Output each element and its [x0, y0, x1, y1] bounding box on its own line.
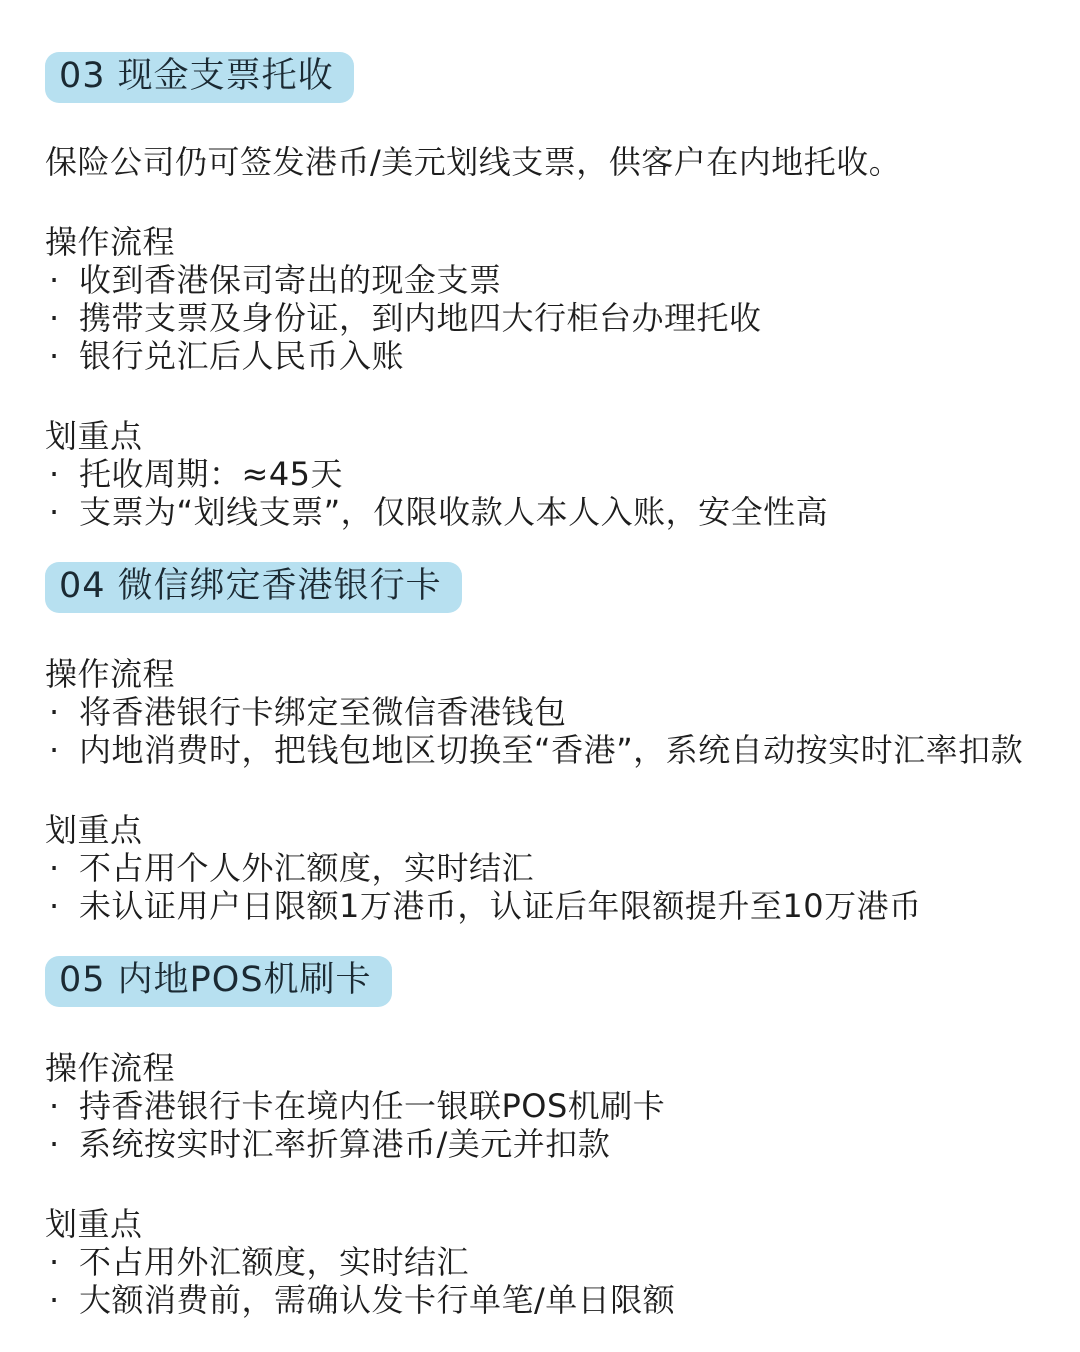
bullet-dot: ·	[45, 887, 79, 925]
keypoints-label: 划重点	[45, 1205, 1040, 1243]
bullet-item: · 将香港银行卡绑定至微信香港钱包	[45, 693, 1040, 731]
bullet-text: 银行兑汇后人民币入账	[79, 337, 1040, 375]
section-04-title-badge: 04 微信绑定香港银行卡	[45, 562, 462, 613]
bullet-dot: ·	[45, 261, 79, 299]
bullet-text: 持香港银行卡在境内任一银联POS机刷卡	[79, 1087, 1040, 1125]
bullet-item: · 大额消费前，需确认发卡行单笔/单日限额	[45, 1281, 1040, 1319]
bullet-item: · 支票为“划线支票”，仅限收款人本人入账，安全性高	[45, 493, 1040, 531]
section-03-keypoints-block: 划重点 · 托收周期：≈45天 · 支票为“划线支票”，仅限收款人本人入账，安全…	[45, 417, 1040, 531]
section-05-steps-block: 操作流程 · 持香港银行卡在境内任一银联POS机刷卡 · 系统按实时汇率折算港币…	[45, 1049, 1040, 1163]
bullet-text: 支票为“划线支票”，仅限收款人本人入账，安全性高	[79, 493, 1040, 531]
bullet-dot: ·	[45, 1125, 79, 1163]
section-cash-cheque: 03 现金支票托收 保险公司仍可签发港币/美元划线支票，供客户在内地托收。 操作…	[45, 52, 1040, 531]
bullet-dot: ·	[45, 1281, 79, 1319]
bullet-text: 托收周期：≈45天	[79, 455, 1040, 493]
bullet-item: · 收到香港保司寄出的现金支票	[45, 261, 1040, 299]
bullet-item: · 内地消费时，把钱包地区切换至“香港”，系统自动按实时汇率扣款	[45, 731, 1040, 769]
bullet-text: 收到香港保司寄出的现金支票	[79, 261, 1040, 299]
steps-label: 操作流程	[45, 223, 1040, 261]
bullet-text: 不占用个人外汇额度，实时结汇	[79, 849, 1040, 887]
bullet-dot: ·	[45, 299, 79, 337]
keypoints-label: 划重点	[45, 417, 1040, 455]
bullet-text: 内地消费时，把钱包地区切换至“香港”，系统自动按实时汇率扣款	[79, 731, 1040, 769]
article-page: 03 现金支票托收 保险公司仍可签发港币/美元划线支票，供客户在内地托收。 操作…	[0, 0, 1080, 1352]
bullet-dot: ·	[45, 1087, 79, 1125]
bullet-item: · 不占用个人外汇额度，实时结汇	[45, 849, 1040, 887]
bullet-text: 未认证用户日限额1万港币，认证后年限额提升至10万港币	[79, 887, 1040, 925]
bullet-dot: ·	[45, 693, 79, 731]
bullet-text: 系统按实时汇率折算港币/美元并扣款	[79, 1125, 1040, 1163]
section-05-title-badge: 05 内地POS机刷卡	[45, 956, 392, 1007]
bullet-dot: ·	[45, 849, 79, 887]
bullet-text: 不占用外汇额度，实时结汇	[79, 1243, 1040, 1281]
steps-label: 操作流程	[45, 1049, 1040, 1087]
bullet-item: · 系统按实时汇率折算港币/美元并扣款	[45, 1125, 1040, 1163]
bullet-item: · 不占用外汇额度，实时结汇	[45, 1243, 1040, 1281]
bullet-item: · 未认证用户日限额1万港币，认证后年限额提升至10万港币	[45, 887, 1040, 925]
section-04-steps-block: 操作流程 · 将香港银行卡绑定至微信香港钱包 · 内地消费时，把钱包地区切换至“…	[45, 655, 1040, 769]
bullet-dot: ·	[45, 1243, 79, 1281]
bullet-item: · 银行兑汇后人民币入账	[45, 337, 1040, 375]
section-wechat-hk-card: 04 微信绑定香港银行卡 操作流程 · 将香港银行卡绑定至微信香港钱包 · 内地…	[45, 562, 1040, 925]
section-04-keypoints-block: 划重点 · 不占用个人外汇额度，实时结汇 · 未认证用户日限额1万港币，认证后年…	[45, 811, 1040, 925]
bullet-item: · 持香港银行卡在境内任一银联POS机刷卡	[45, 1087, 1040, 1125]
bullet-item: · 携带支票及身份证，到内地四大行柜台办理托收	[45, 299, 1040, 337]
bullet-dot: ·	[45, 455, 79, 493]
bullet-text: 将香港银行卡绑定至微信香港钱包	[79, 693, 1040, 731]
section-03-steps-block: 操作流程 · 收到香港保司寄出的现金支票 · 携带支票及身份证，到内地四大行柜台…	[45, 223, 1040, 375]
section-03-intro: 保险公司仍可签发港币/美元划线支票，供客户在内地托收。	[45, 143, 1040, 181]
section-mainland-pos: 05 内地POS机刷卡 操作流程 · 持香港银行卡在境内任一银联POS机刷卡 ·…	[45, 956, 1040, 1319]
section-03-title-badge: 03 现金支票托收	[45, 52, 354, 103]
bullet-text: 携带支票及身份证，到内地四大行柜台办理托收	[79, 299, 1040, 337]
bullet-dot: ·	[45, 731, 79, 769]
keypoints-label: 划重点	[45, 811, 1040, 849]
section-05-keypoints-block: 划重点 · 不占用外汇额度，实时结汇 · 大额消费前，需确认发卡行单笔/单日限额	[45, 1205, 1040, 1319]
bullet-dot: ·	[45, 493, 79, 531]
bullet-dot: ·	[45, 337, 79, 375]
bullet-text: 大额消费前，需确认发卡行单笔/单日限额	[79, 1281, 1040, 1319]
bullet-item: · 托收周期：≈45天	[45, 455, 1040, 493]
steps-label: 操作流程	[45, 655, 1040, 693]
